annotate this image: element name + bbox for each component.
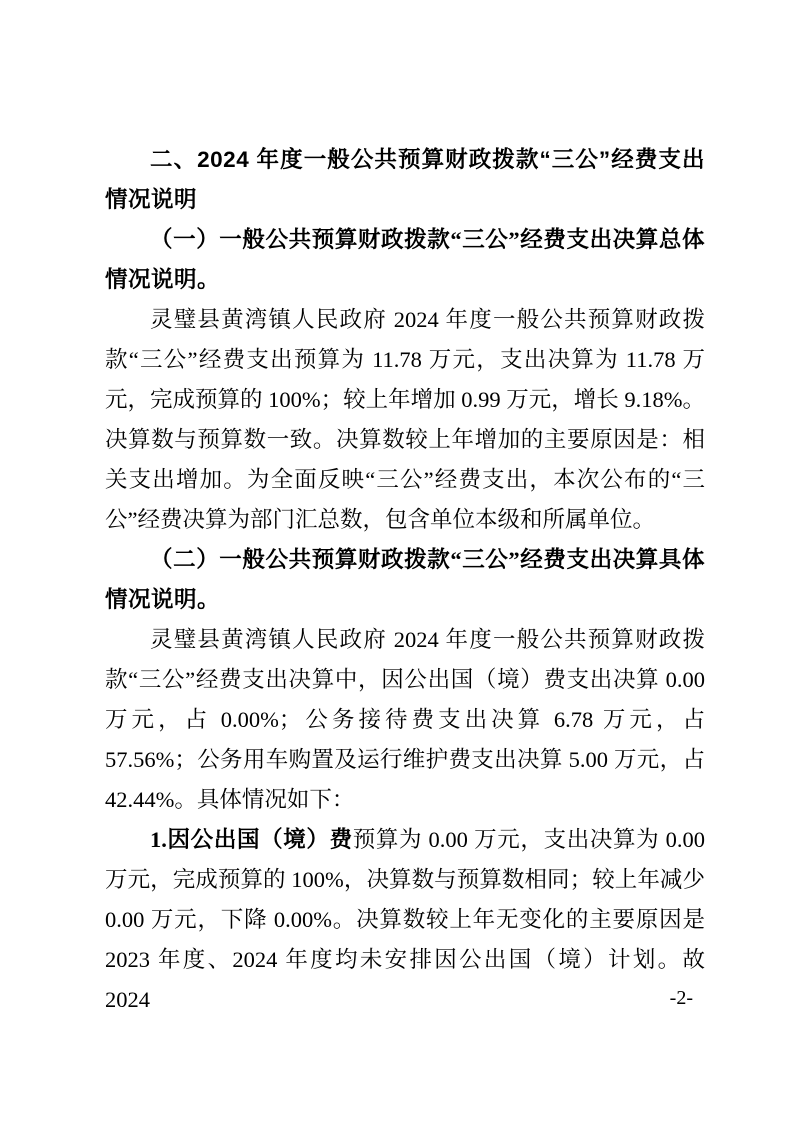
document-content: 二、2024 年度一般公共预算财政拨款“三公”经费支出情况说明 （一）一般公共预… (0, 0, 793, 1020)
item-1-paragraph: 1.因公出国（境）费预算为 0.00 万元，支出决算为 0.00 万元，完成预算… (105, 820, 705, 1020)
document-page: 二、2024 年度一般公共预算财政拨款“三公”经费支出情况说明 （一）一般公共预… (0, 0, 793, 1122)
subsection-2-heading: （二）一般公共预算财政拨款“三公”经费支出决算具体情况说明。 (105, 540, 705, 620)
item-1-text: 预算为 0.00 万元，支出决算为 0.00 万元，完成预算的 100%，决算数… (105, 827, 705, 1012)
section-heading: 二、2024 年度一般公共预算财政拨款“三公”经费支出情况说明 (105, 140, 705, 220)
page-number: -2- (670, 986, 693, 1010)
subsection-2-paragraph: 灵璧县黄湾镇人民政府 2024 年度一般公共预算财政拨款“三公”经费支出决算中，… (105, 620, 705, 820)
subsection-1-heading: （一）一般公共预算财政拨款“三公”经费支出决算总体情况说明。 (105, 220, 705, 300)
item-1-lead: 1.因公出国（境）费 (150, 827, 353, 852)
subsection-1-paragraph: 灵璧县黄湾镇人民政府 2024 年度一般公共预算财政拨款“三公”经费支出预算为 … (105, 300, 705, 540)
